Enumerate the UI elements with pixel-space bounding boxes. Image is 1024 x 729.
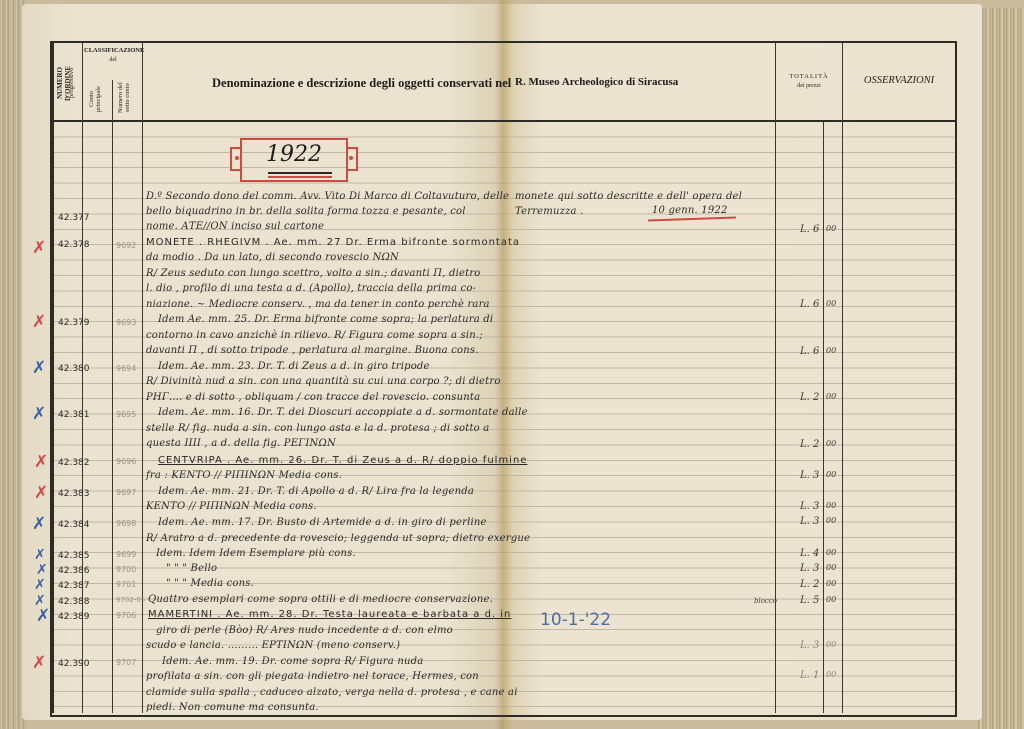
- entry-line: Idem. Ae. mm. 16. Dr. T. dei Dioscuri ac…: [158, 407, 528, 418]
- row-number: 42.389: [58, 612, 90, 622]
- col-line-conto: [112, 80, 113, 713]
- header-title-right: R. Museo Archeologico di Siracusa: [515, 76, 678, 88]
- blue-x-mark-icon: ✗: [36, 563, 48, 577]
- price-cents: 00: [826, 579, 836, 588]
- sub-account-number: 9698: [116, 519, 136, 528]
- header-totalita-sub: dei prezzi: [776, 83, 842, 89]
- price-cell: L. 400: [800, 548, 819, 559]
- price-cents: 00: [826, 439, 836, 448]
- year-underline-red: [268, 176, 332, 178]
- sub-account-number: 9700: [116, 565, 136, 574]
- entry-line: KENTO // ΡΙΠΙΝΩΝ Media cons.: [146, 501, 317, 512]
- price-lire: L. 4: [800, 548, 819, 559]
- right-entry-line: monete qui sotto descritte e dell' opera…: [515, 191, 742, 202]
- price-lire: L. 3: [800, 470, 819, 481]
- price-cents: 00: [826, 470, 836, 479]
- entry-line: Idem. Ae. mm. 23. Dr. T. di Zeus a d. in…: [158, 361, 430, 372]
- year-underline-black: [268, 172, 332, 174]
- entry-line: scudo e lancia. ......... ΕΡΤΙΝΩΝ (meno …: [146, 640, 400, 651]
- price-cents: 00: [826, 392, 836, 401]
- entry-line: nome. ΑΤΕ//ΟΝ inciso sul cartone: [146, 221, 324, 232]
- row-number: 42.383: [58, 489, 90, 499]
- observation-note: blocco: [754, 597, 777, 605]
- row-number: 42.382: [58, 458, 90, 468]
- price-cell: L. 300: [800, 640, 819, 651]
- entry-line: contorno in cavo anzichè in rilievo. R/ …: [146, 330, 483, 341]
- price-cell: L. 600: [800, 299, 819, 310]
- price-cell: L. 100: [800, 670, 819, 681]
- price-cell: L. 600: [800, 224, 819, 235]
- sub-account-number: 9695: [116, 410, 136, 419]
- price-cell: L. 200: [800, 392, 819, 403]
- price-lire: L. 5: [800, 595, 819, 606]
- sub-account-number: 9702-05: [116, 596, 145, 604]
- price-cell: L. 500: [800, 595, 819, 606]
- red-x-mark-icon: ✗: [32, 655, 46, 672]
- row-number: 42.385: [58, 551, 90, 561]
- price-lire: L. 6: [800, 224, 819, 235]
- col-line-osservazioni: [842, 43, 843, 713]
- entry-line: Idem. Idem Idem Esemplare più cons.: [156, 548, 356, 559]
- header-title-left: Denominazione e descrizione degli oggett…: [212, 76, 511, 91]
- blue-x-mark-icon: ✗: [34, 548, 46, 562]
- price-cents: 00: [826, 595, 836, 604]
- year-banner-text: 1922: [240, 142, 348, 167]
- price-cell: L. 200: [800, 439, 819, 450]
- sub-account-number: 9693: [116, 318, 136, 327]
- blue-x-mark-icon: ✗: [32, 360, 46, 377]
- row-number: 42.381: [58, 410, 90, 420]
- row-number: 42.387: [58, 581, 90, 591]
- price-lire: L. 3: [800, 563, 819, 574]
- price-cell: L. 200: [800, 579, 819, 590]
- col-line-totalita: [775, 43, 776, 713]
- entry-line: niazione. ~ Mediocre conserv. , ma da te…: [146, 299, 490, 310]
- sub-account-number: 9706: [116, 611, 136, 620]
- red-x-mark-icon: ✗: [34, 485, 48, 502]
- row-number: 42.378: [58, 240, 90, 250]
- entry-line: clamide sulla spalla , caduceo alzato, v…: [146, 687, 518, 698]
- entry-line: Idem. Ae. mm. 17. Dr. Busto di Artemide …: [158, 517, 487, 528]
- price-lire: L. 6: [800, 299, 819, 310]
- blue-x-mark-icon: ✗: [32, 516, 46, 533]
- price-cell: L. 300: [800, 501, 819, 512]
- sub-account-number: 9699: [116, 550, 136, 559]
- header-divider-right: [500, 120, 955, 122]
- ledger-book: NUMERO D'ORDINE progressivo CLASSIFICAZI…: [0, 0, 1024, 729]
- price-lire: L. 3: [800, 640, 819, 651]
- row-number: 42.384: [58, 520, 90, 530]
- entry-line: MONETE . RHEGIVM . Ae. mm. 27 Dr. Erma b…: [146, 237, 520, 248]
- entry-line: questa IIII , a d. della fig. ΡΕΓΙΝΩΝ: [146, 438, 336, 449]
- header-osservazioni: OSSERVAZIONI: [843, 75, 955, 86]
- sub-account-number: 9694: [116, 364, 136, 373]
- entry-line: R/ Aratro a d. precedente da rovescio; l…: [146, 533, 530, 544]
- price-cell: L. 300: [800, 516, 819, 527]
- price-lire: L. 6: [800, 346, 819, 357]
- header-totalita: TOTALITÀ: [776, 73, 842, 80]
- row-number: 42.380: [58, 364, 90, 374]
- row-number: 42.379: [58, 318, 90, 328]
- entry-line: Idem. Ae. mm. 21. Dr. T. di Apollo a d. …: [158, 486, 474, 497]
- price-lire: L. 1: [800, 670, 819, 681]
- header-divider-left: [52, 120, 502, 122]
- entry-line: CENTVRIPA . Ae. mm. 26. Dr. T. di Zeus a…: [158, 455, 527, 466]
- row-number: 42.390: [58, 659, 90, 669]
- entry-line: PHΓ.... e di sotto , obliquam / con trac…: [146, 392, 480, 403]
- sub-account-number: 9707: [116, 658, 136, 667]
- col-line-sotto-conto: [142, 43, 143, 713]
- price-lire: L. 2: [800, 392, 819, 403]
- entry-line: stelle R/ fig. nuda a sin. con lungo ast…: [146, 423, 489, 434]
- price-cents: 00: [826, 346, 836, 355]
- entry-line: davanti Π , di sotto tripode , perlatura…: [146, 345, 479, 356]
- price-lire: L. 2: [800, 439, 819, 450]
- entry-date: 10 genn. 1922: [652, 205, 728, 216]
- header-numero-sotto-conto: Numero del sotto conto: [117, 78, 137, 118]
- blue-date-note: 10-1-'22: [540, 610, 611, 630]
- price-cents: 00: [826, 224, 836, 233]
- row-number: 42.388: [58, 597, 90, 607]
- header-numero-ordine-sub: progressivo: [68, 56, 78, 110]
- price-lire: L. 3: [800, 501, 819, 512]
- header-classificazione: CLASSIFICAZIONE: [84, 47, 142, 54]
- price-cents: 00: [826, 548, 836, 557]
- entry-line: R/ Divinità nud a sin. con una quantità …: [146, 376, 501, 387]
- entry-line: giro di perle (Bòo) R/ Ares nudo inceden…: [156, 625, 453, 636]
- blue-x-mark-icon: ✗: [32, 406, 46, 423]
- entry-line: bello biquadrino in br. della solita for…: [146, 206, 466, 217]
- blue-x-mark-icon: ✗: [34, 578, 46, 592]
- sub-account-number: 9697: [116, 488, 136, 497]
- price-cents: 00: [826, 670, 836, 679]
- entry-line: D.º Secondo dono del comm. Avv. Vito Di …: [146, 191, 509, 202]
- header-conto-principale: Conto principale: [88, 82, 108, 116]
- price-cell: L. 300: [800, 563, 819, 574]
- entry-line: Idem Ae. mm. 25. Dr. Erma bifronte come …: [158, 314, 493, 325]
- sub-account-number: 9696: [116, 457, 136, 466]
- red-x-mark-icon: ✗: [32, 240, 46, 257]
- left-margin-line: [52, 43, 54, 713]
- entry-line: Quattro esemplari come sopra ottili e di…: [148, 594, 493, 605]
- red-x-mark-icon: ✗: [32, 314, 46, 331]
- price-cents: 00: [826, 563, 836, 572]
- price-cell: L. 600: [800, 346, 819, 357]
- entry-line: da modio . Da un lato, di secondo rovesc…: [146, 252, 399, 263]
- price-cents: 00: [826, 640, 836, 649]
- price-cents: 00: [826, 299, 836, 308]
- right-entry-line: Terremuzza .: [515, 206, 583, 217]
- entry-line: " " " Bello: [166, 563, 217, 574]
- price-cell: L. 300: [800, 470, 819, 481]
- red-x-mark-icon: ✗: [34, 454, 48, 471]
- sub-account-number: 9701: [116, 580, 136, 589]
- row-number: 42.386: [58, 566, 90, 576]
- price-lire: L. 2: [800, 579, 819, 590]
- price-lire: L. 3: [800, 516, 819, 527]
- price-cents: 00: [826, 516, 836, 525]
- entry-line: R/ Zeus seduto con lungo scettro, volto …: [146, 268, 481, 279]
- entry-line: fra : KENTO // PIΠΙΝΩΝ Media cons.: [146, 470, 342, 481]
- entry-line: " " " Media cons.: [166, 578, 254, 589]
- entry-line: l. dio , profilo di una testa a d. (Apol…: [146, 283, 476, 294]
- sub-account-number: 9692: [116, 241, 136, 250]
- row-number: 42.377: [58, 213, 90, 223]
- entry-line: profilata a sin. con gli piegata indietr…: [146, 671, 479, 682]
- col-line-cents: [823, 122, 824, 713]
- entry-line: piedi. Non comune ma consunta.: [146, 702, 319, 713]
- blue-x-mark-icon: ✗: [36, 608, 50, 625]
- entry-line: Idem. Ae. mm. 19. Dr. come sopra R/ Figu…: [162, 656, 423, 667]
- price-cents: 00: [826, 501, 836, 510]
- header-classificazione-sub: del: [84, 57, 142, 63]
- page-edges-right: [978, 8, 1024, 729]
- entry-line: MAMERTINI . Ae. mm. 28. Dr. Testa laurea…: [148, 609, 511, 620]
